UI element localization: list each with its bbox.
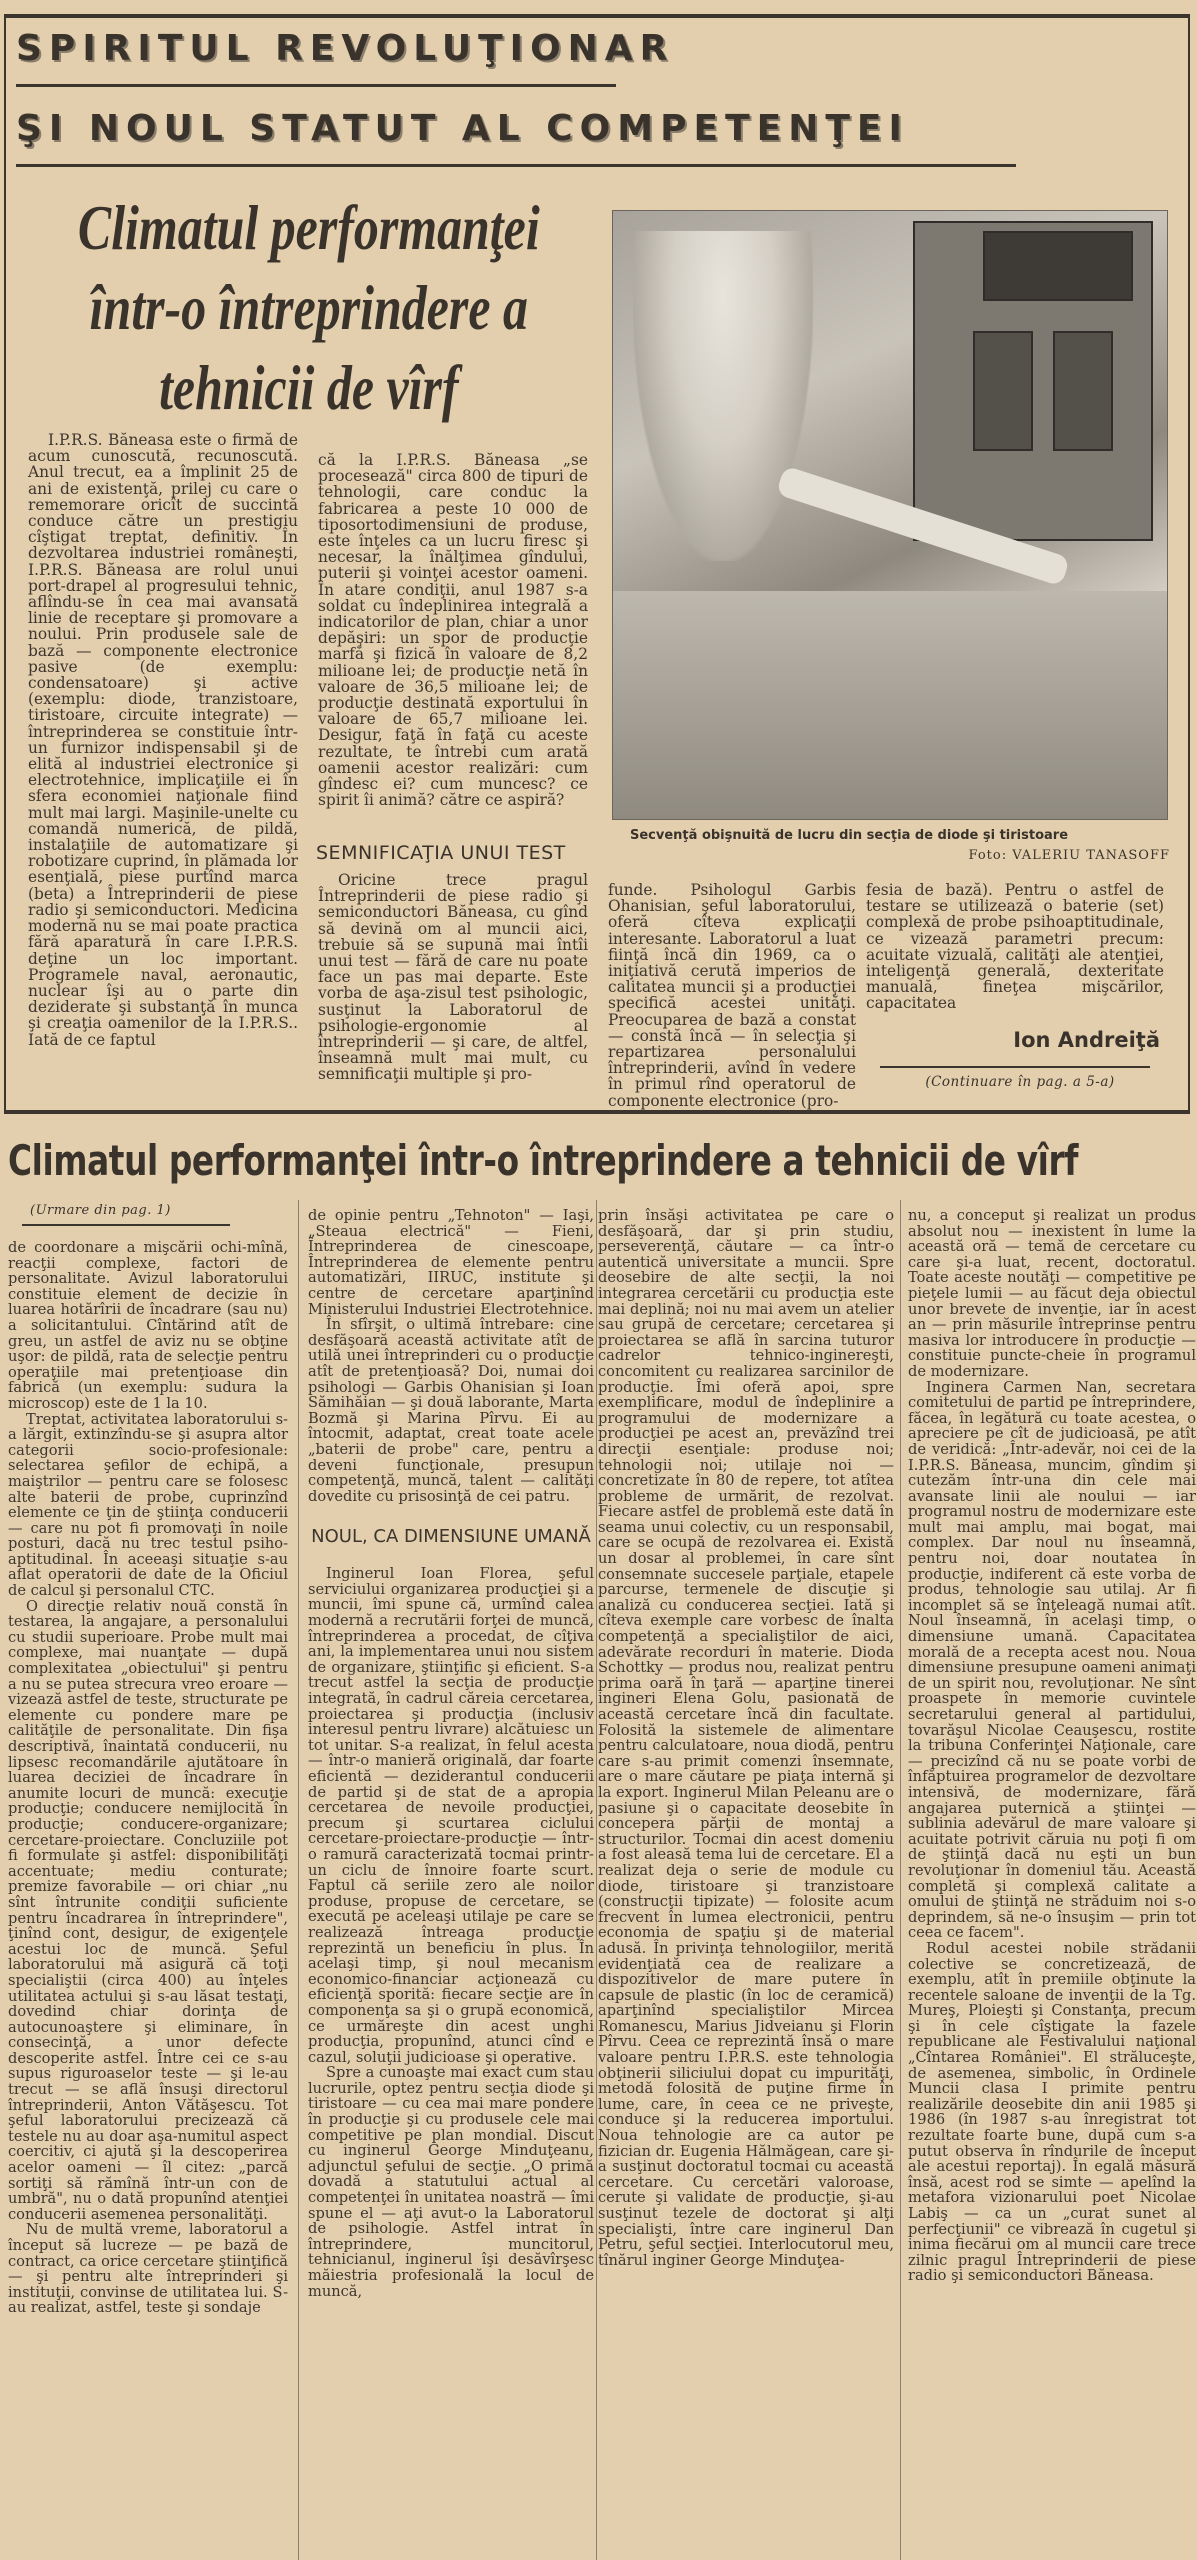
section-subheading: SEMNIFICAŢIA UNUI TEST (316, 842, 596, 864)
article-paragraph: O direcţie relativ nouă constă în testar… (8, 1599, 288, 2223)
author-byline: Ion Andreiţă (960, 1028, 1160, 1052)
continuation-column-1: de coordonare a mişcării ochi-mînă, reac… (8, 1240, 288, 2316)
article-column-2b: Oricine trece pragul Întreprinderii de p… (318, 872, 588, 1083)
newspaper-page: SPIRITUL REVOLUŢIONAR ŞI NOUL STATUT AL … (0, 0, 1197, 2560)
article-column-1: I.P.R.S. Băneasa este o firmă de acum cu… (28, 432, 298, 1048)
article-paragraph: Inginera Carmen Nan, secretara comitetul… (908, 1380, 1196, 1941)
article-paragraph: nu, a conceput şi realizat un produs abs… (908, 1208, 1196, 1380)
article-paragraph: Nu de multă vreme, laboratorul a început… (8, 2222, 288, 2316)
article-paragraph: Treptat, activitatea laboratorului s-a l… (8, 1412, 288, 1599)
meter-panel (973, 331, 1033, 451)
continuation-column-3: prin însăşi activitatea pe care o desfăş… (598, 1208, 894, 2268)
factory-photo (612, 210, 1168, 820)
article-column-3: funde. Psihologul Garbis Ohanisian, şefu… (608, 882, 856, 1109)
article-paragraph: că la I.P.R.S. Băneasa „se procesează" c… (318, 452, 588, 808)
article-paragraph: de opinie pentru „Tehnoton" — Iaşi, „Ste… (308, 1208, 594, 1317)
article-paragraph: I.P.R.S. Băneasa este o firmă de acum cu… (28, 432, 298, 1048)
article-paragraph: prin însăşi activitatea pe care o desfăş… (598, 1208, 894, 2268)
article-column-2: că la I.P.R.S. Băneasa „se procesează" c… (318, 452, 588, 808)
continued-from-rule (22, 1224, 230, 1226)
worker-figure (633, 231, 813, 561)
column-divider (298, 1200, 299, 2560)
article-paragraph: Inginerul Ioan Florea, şeful serviciului… (308, 1566, 594, 2065)
workbench (613, 591, 1168, 820)
article-headline: Climatul performanţei într-o întreprinde… (28, 188, 590, 428)
kicker-line-2: ŞI NOUL STATUT AL COMPETENŢEI (16, 108, 909, 149)
column-divider (596, 1200, 597, 2560)
continuation-column-4: nu, a conceput şi realizat un produs abs… (908, 1208, 1196, 2284)
article-paragraph: fesia de bază). Pentru o astfel de testa… (866, 882, 1164, 1012)
byline-rule (880, 1066, 1150, 1068)
continuation-column-2: de opinie pentru „Tehnoton" — Iaşi, „Ste… (308, 1208, 594, 2299)
article-paragraph: funde. Psihologul Garbis Ohanisian, şefu… (608, 882, 856, 1109)
photo-caption: Secvenţă obişnuită de lucru din secţia d… (630, 828, 1170, 843)
continued-from-link[interactable]: (Urmare din pag. 1) (30, 1203, 280, 1218)
article-paragraph: Oricine trece pragul Întreprinderii de p… (318, 872, 588, 1083)
photo-credit: Foto: VALERIU TANASOFF (880, 848, 1170, 863)
article-paragraph: de coordonare a mişcării ochi-mînă, reac… (8, 1240, 288, 1412)
article-paragraph: În sfîrşit, o ultimă întrebare: cine des… (308, 1317, 594, 1504)
column-divider (900, 1200, 901, 2560)
continued-on-link[interactable]: (Continuare în pag. a 5-a) (880, 1074, 1160, 1090)
meter-panel (983, 231, 1133, 301)
article-column-4: fesia de bază). Pentru o astfel de testa… (866, 882, 1164, 1012)
meter-panel (1053, 331, 1113, 451)
article-paragraph: Spre a cunoaşte mai exact cum stau lucru… (308, 2065, 594, 2299)
kicker-underline-2 (16, 164, 1016, 167)
section-subheading: NOUL, CA DIMENSIUNE UMANĂ (308, 1526, 594, 1548)
kicker-underline-1 (16, 84, 616, 87)
continuation-headline: Climatul performanţei într-o întreprinde… (8, 1136, 1197, 1185)
article-paragraph: Rodul acestei nobile strădanii colective… (908, 1941, 1196, 2284)
kicker-line-1: SPIRITUL REVOLUŢIONAR (16, 28, 674, 69)
